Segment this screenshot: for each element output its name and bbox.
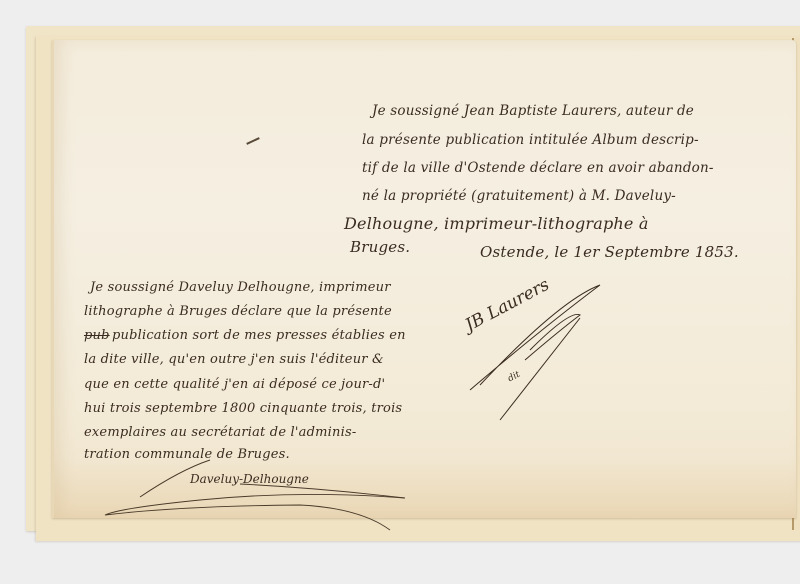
- signature-flourishes: [0, 0, 800, 584]
- bottom-signature: Daveluy-Delhougne: [190, 472, 309, 486]
